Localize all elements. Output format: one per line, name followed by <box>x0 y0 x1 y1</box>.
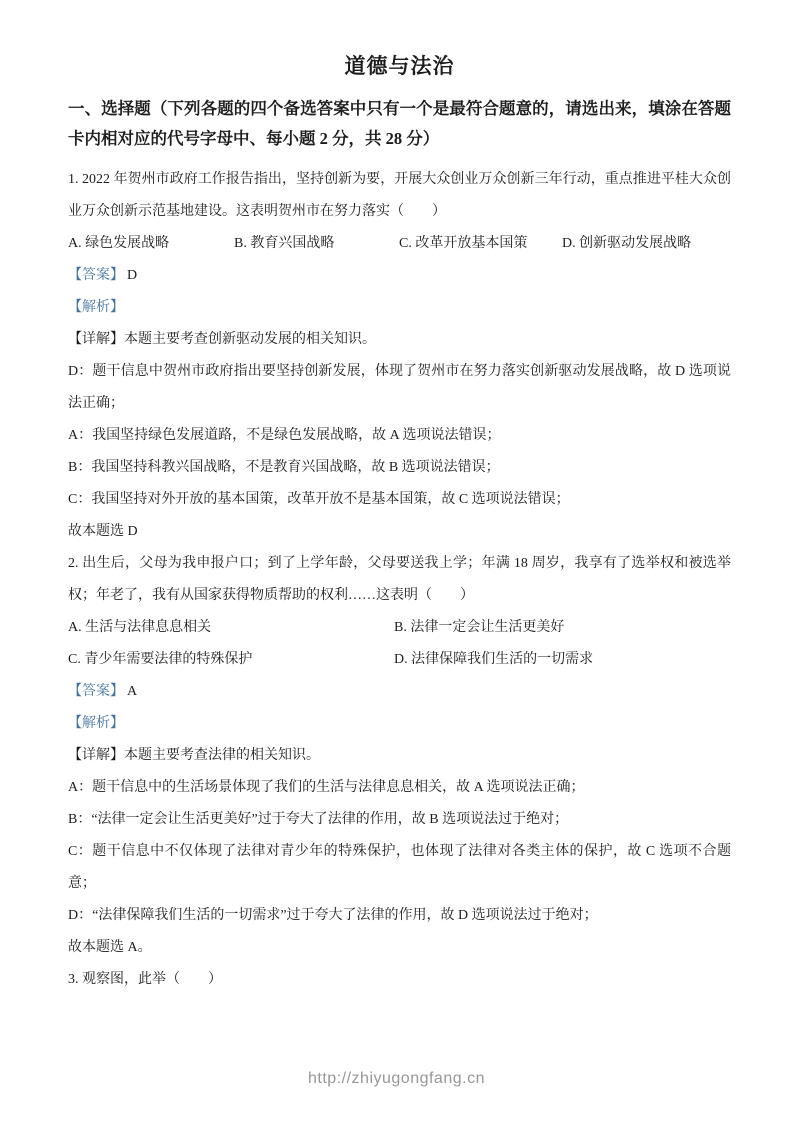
explanation-line: C：题干信息中不仅体现了法律对青少年的特殊保护，也体现了法律对各类主体的保护，故… <box>68 836 731 900</box>
question-options-row-2: C. 青少年需要法律的特殊保护 D. 法律保障我们生活的一切需求 <box>68 644 731 676</box>
detail-label: 【详解】 <box>68 332 124 347</box>
explanation-line: D：“法律保障我们生活的一切需求”过于夸大了法律的作用，故 D 选项说法过于绝对… <box>68 900 731 932</box>
analysis-line: 【解析】 <box>68 292 731 324</box>
document-page: 道德与法治 一、选择题（下列各题的四个备选答案中只有一个是最符合题意的，请选出来… <box>0 0 793 1122</box>
document-body: 道德与法治 一、选择题（下列各题的四个备选答案中只有一个是最符合题意的，请选出来… <box>0 0 793 996</box>
option-item-d: D. 法律保障我们生活的一切需求 <box>394 644 593 676</box>
detail-line: 【详解】本题主要考查创新驱动发展的相关知识。 <box>68 324 731 356</box>
option-item-c: C. 青少年需要法律的特殊保护 <box>68 644 394 676</box>
analysis-label: 【解析】 <box>68 300 124 315</box>
detail-label: 【详解】 <box>68 748 124 763</box>
explanation-line: A：我国坚持绿色发展道路，不是绿色发展战略，故 A 选项说法错误； <box>68 420 731 452</box>
conclusion-line: 故本题选 A。 <box>68 932 731 964</box>
explanation-line: C：我国坚持对外开放的基本国策，改革开放不是基本国策，故 C 选项说法错误； <box>68 484 731 516</box>
option-item-a: A. 生活与法律息息相关 <box>68 612 394 644</box>
detail-line: 【详解】本题主要考查法律的相关知识。 <box>68 740 731 772</box>
option-item-d: D. 创新驱动发展战略 <box>562 228 691 260</box>
question-block-3: 3. 观察图，此举（ ） <box>68 964 731 996</box>
answer-line: 【答案】D <box>68 260 731 292</box>
option-item-a: A. 绿色发展战略 <box>68 228 234 260</box>
section-heading: 一、选择题（下列各题的四个备选答案中只有一个是最符合题意的，请选出来，填涂在答题… <box>68 94 731 154</box>
question-stem: 3. 观察图，此举（ ） <box>68 964 731 996</box>
answer-label: 【答案】 <box>68 684 124 699</box>
question-options-row-1: A. 生活与法律息息相关 B. 法律一定会让生活更美好 <box>68 612 731 644</box>
detail-intro: 本题主要考查法律的相关知识。 <box>124 748 320 763</box>
analysis-line: 【解析】 <box>68 708 731 740</box>
question-block-2: 2. 出生后，父母为我申报户口；到了上学年龄，父母要送我上学；年满 18 周岁，… <box>68 548 731 964</box>
question-block-1: 1. 2022 年贺州市政府工作报告指出，坚持创新为要，开展大众创业万众创新三年… <box>68 164 731 548</box>
explanation-line: B：“法律一定会让生活更美好”过于夸大了法律的作用，故 B 选项说法过于绝对； <box>68 804 731 836</box>
explanation-line: A：题干信息中的生活场景体现了我们的生活与法律息息相关，故 A 选项说法正确； <box>68 772 731 804</box>
conclusion-line: 故本题选 D <box>68 516 731 548</box>
option-item-c: C. 改革开放基本国策 <box>399 228 562 260</box>
question-stem: 1. 2022 年贺州市政府工作报告指出，坚持创新为要，开展大众创业万众创新三年… <box>68 164 731 228</box>
detail-intro: 本题主要考查创新驱动发展的相关知识。 <box>124 332 376 347</box>
answer-line: 【答案】A <box>68 676 731 708</box>
option-item-b: B. 法律一定会让生活更美好 <box>394 612 564 644</box>
footer-url: http://zhiyugongfang.cn <box>0 1070 793 1088</box>
question-options: A. 绿色发展战略 B. 教育兴国战略 C. 改革开放基本国策 D. 创新驱动发… <box>68 228 731 260</box>
option-item-b: B. 教育兴国战略 <box>234 228 399 260</box>
answer-value: A <box>127 684 137 699</box>
answer-value: D <box>127 268 137 283</box>
answer-label: 【答案】 <box>68 268 124 283</box>
question-stem: 2. 出生后，父母为我申报户口；到了上学年龄，父母要送我上学；年满 18 周岁，… <box>68 548 731 612</box>
explanation-line: B：我国坚持科教兴国战略，不是教育兴国战略，故 B 选项说法错误； <box>68 452 731 484</box>
explanation-line: D：题干信息中贺州市政府指出要坚持创新发展，体现了贺州市在努力落实创新驱动发展战… <box>68 356 731 420</box>
analysis-label: 【解析】 <box>68 716 124 731</box>
page-title: 道德与法治 <box>68 50 731 80</box>
